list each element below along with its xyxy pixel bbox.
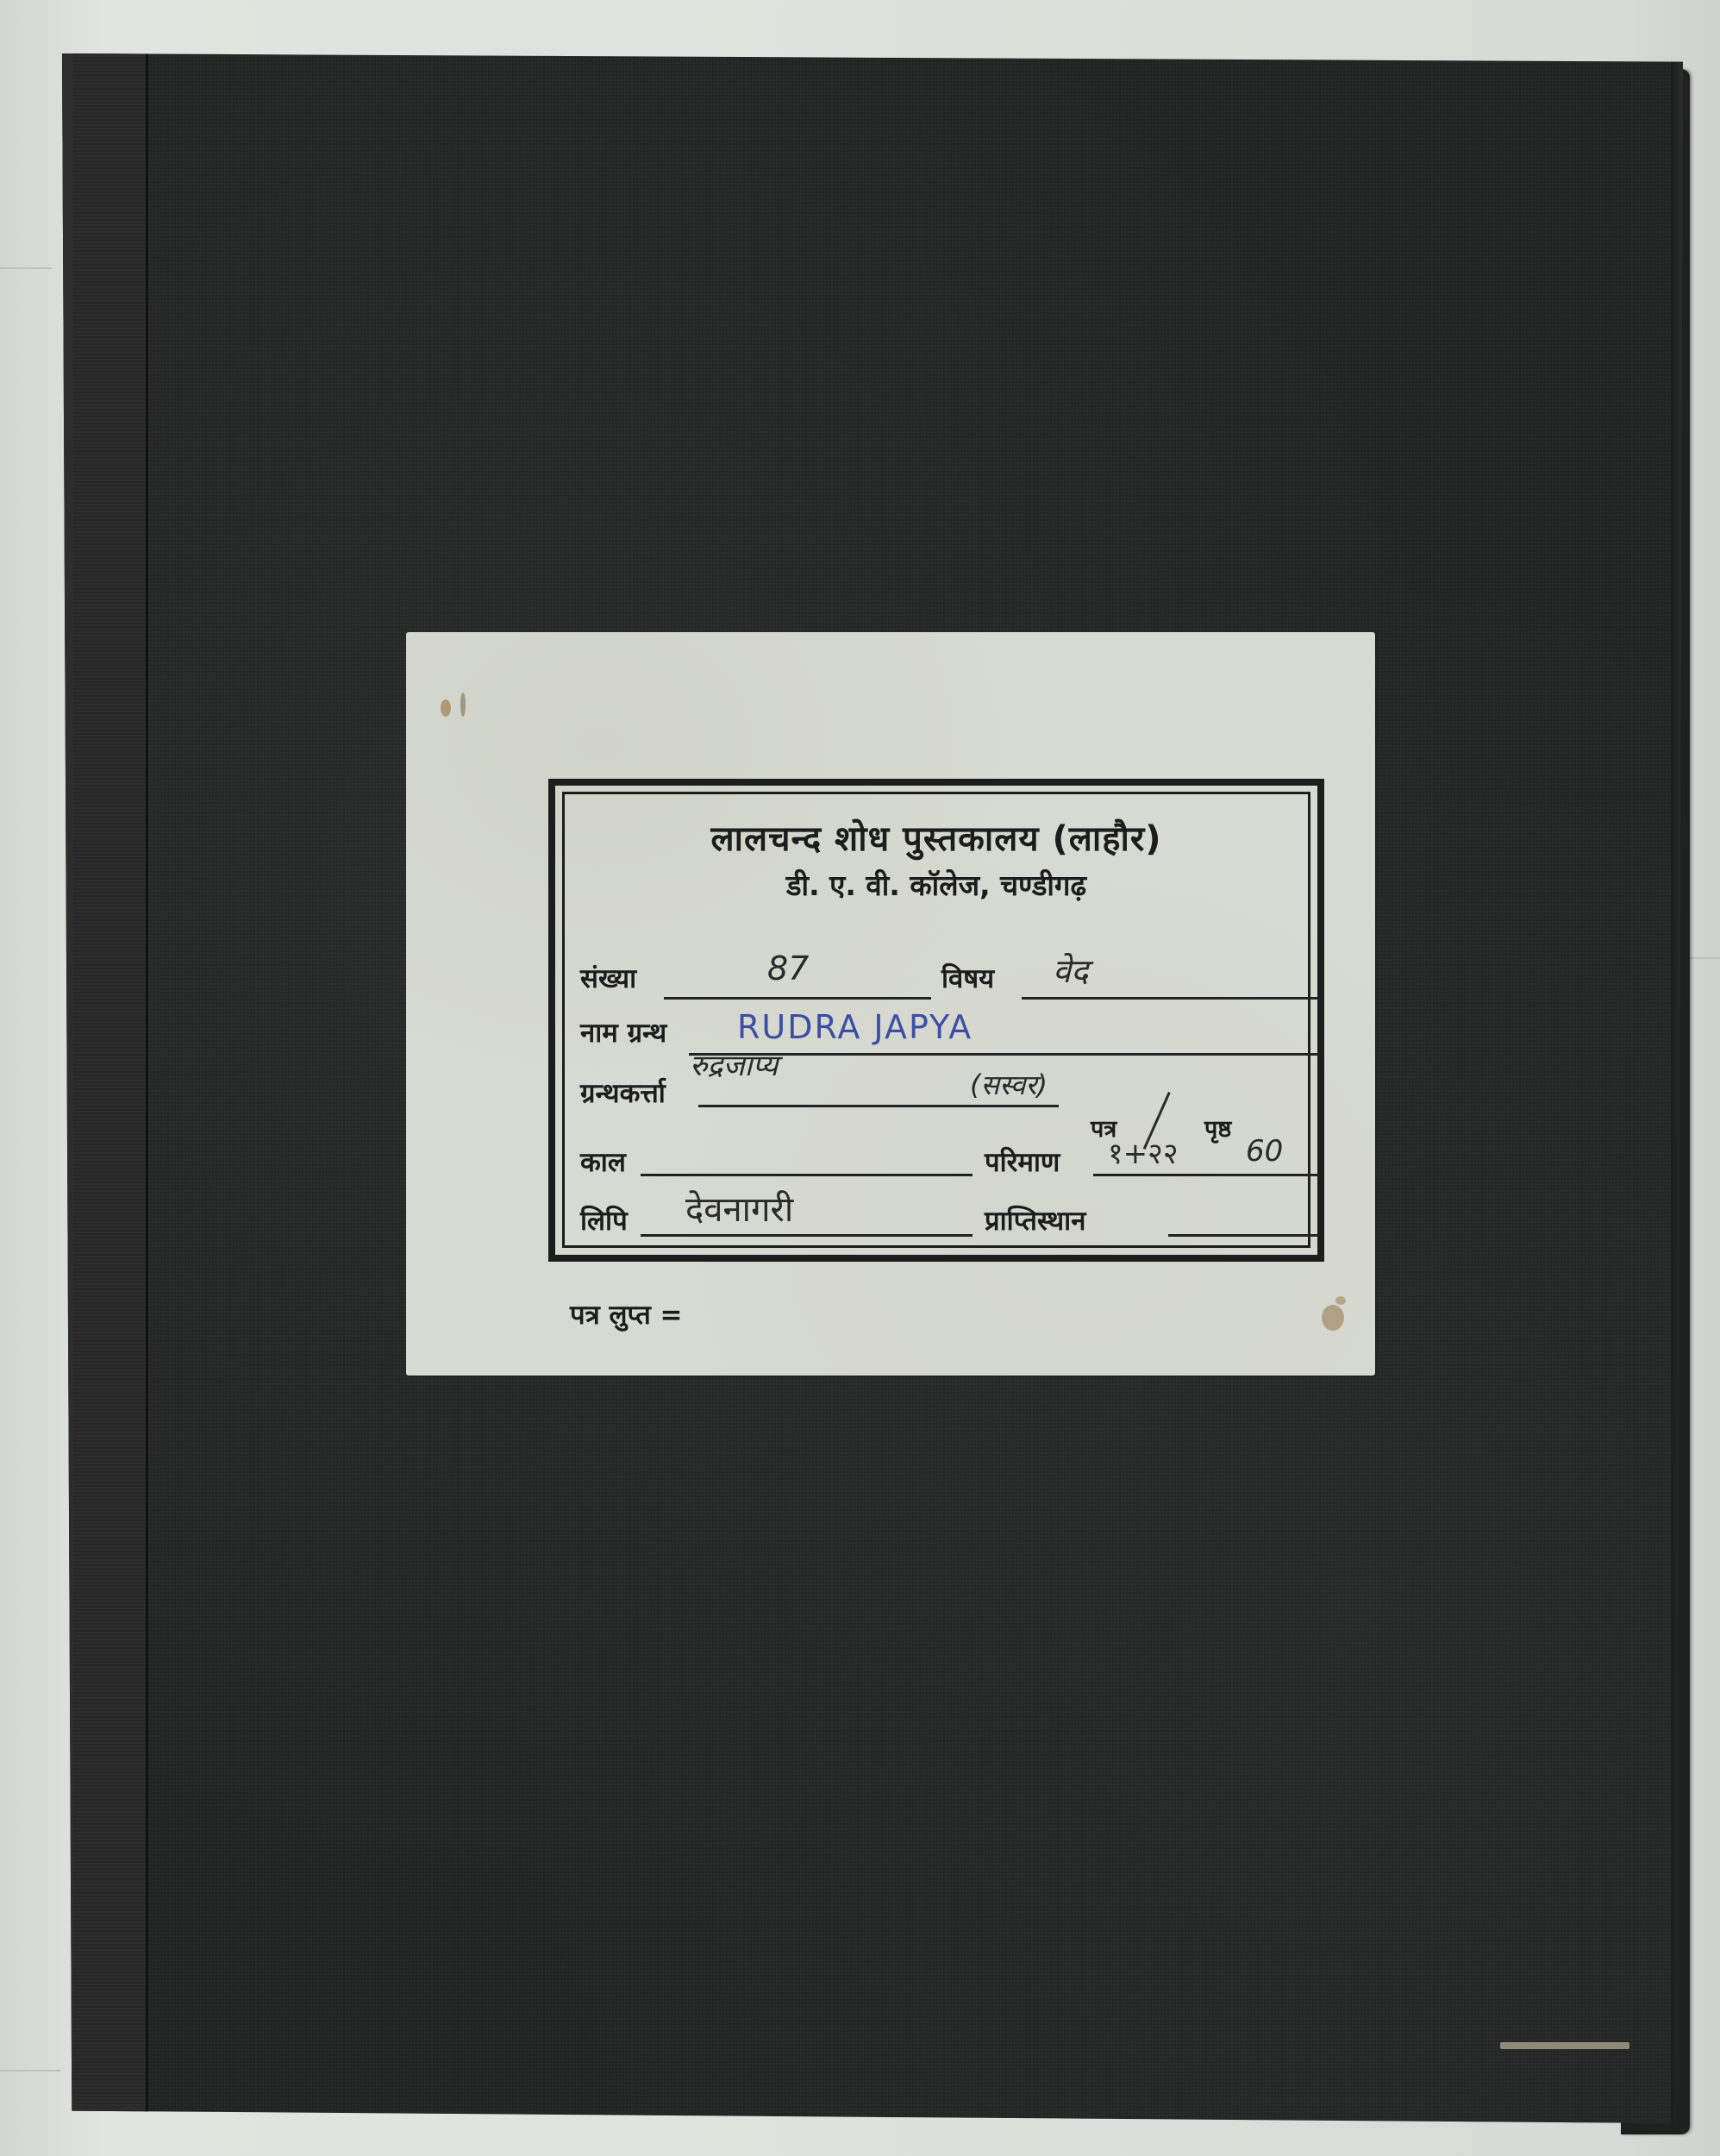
author-value: (सस्वर) bbox=[970, 1066, 1048, 1103]
label-border-inner: लालचन्द शोध पुस्तकालय (लाहौर) डी. ए. वी.… bbox=[562, 792, 1310, 1248]
pages-value: 60 bbox=[1246, 1134, 1283, 1169]
stain bbox=[1322, 1305, 1344, 1331]
stain bbox=[441, 699, 451, 717]
college-name: डी. ए. वी. कॉलेज, चण्डीगढ़ bbox=[565, 865, 1308, 904]
pages-sublabel: पृष्ठ bbox=[1204, 1112, 1231, 1144]
number-label: संख्या bbox=[580, 960, 636, 996]
stain bbox=[1335, 1296, 1346, 1305]
table-seam bbox=[1688, 957, 1720, 959]
stain bbox=[460, 693, 466, 717]
title-label: नाम ग्रन्थ bbox=[580, 1014, 666, 1050]
table-seam bbox=[0, 2070, 60, 2071]
number-line bbox=[664, 997, 931, 1000]
script-value: देवनागरी bbox=[685, 1184, 793, 1232]
subject-line bbox=[1022, 997, 1319, 1000]
title-line bbox=[689, 1053, 1319, 1056]
author-label: ग्रन्थकर्त्ता bbox=[580, 1075, 666, 1111]
leaves-value: १+२२ bbox=[1108, 1132, 1179, 1172]
title-devanagari: रुद्रजाप्य bbox=[690, 1044, 778, 1084]
source-line bbox=[1168, 1234, 1319, 1237]
title-value: RUDRA JAPYA bbox=[737, 1008, 973, 1046]
page-edge bbox=[1500, 2042, 1629, 2049]
table-seam bbox=[0, 267, 52, 269]
extent-label: परिमाण bbox=[985, 1144, 1060, 1180]
subject-value: वेद bbox=[1053, 948, 1088, 993]
number-value: 87 bbox=[767, 950, 809, 987]
library-name: लालचन्द शोध पुस्तकालय (लाहौर) bbox=[565, 813, 1308, 861]
period-label: काल bbox=[580, 1144, 626, 1180]
label-border-outer: लालचन्द शोध पुस्तकालय (लाहौर) डी. ए. वी.… bbox=[548, 779, 1324, 1262]
subject-label: विषय bbox=[941, 960, 994, 996]
library-label: लालचन्द शोध पुस्तकालय (लाहौर) डी. ए. वी.… bbox=[406, 632, 1375, 1376]
spine-edge bbox=[62, 53, 73, 2123]
extent-line bbox=[1093, 1174, 1319, 1176]
script-label: लिपि bbox=[580, 1202, 628, 1238]
script-line bbox=[641, 1234, 973, 1237]
period-line bbox=[641, 1174, 973, 1176]
source-label: प्राप्तिस्थान bbox=[985, 1202, 1085, 1238]
book-spine bbox=[73, 53, 148, 2123]
missing-leaves-label: पत्र लुप्त = bbox=[570, 1296, 683, 1332]
author-line bbox=[698, 1105, 1059, 1107]
